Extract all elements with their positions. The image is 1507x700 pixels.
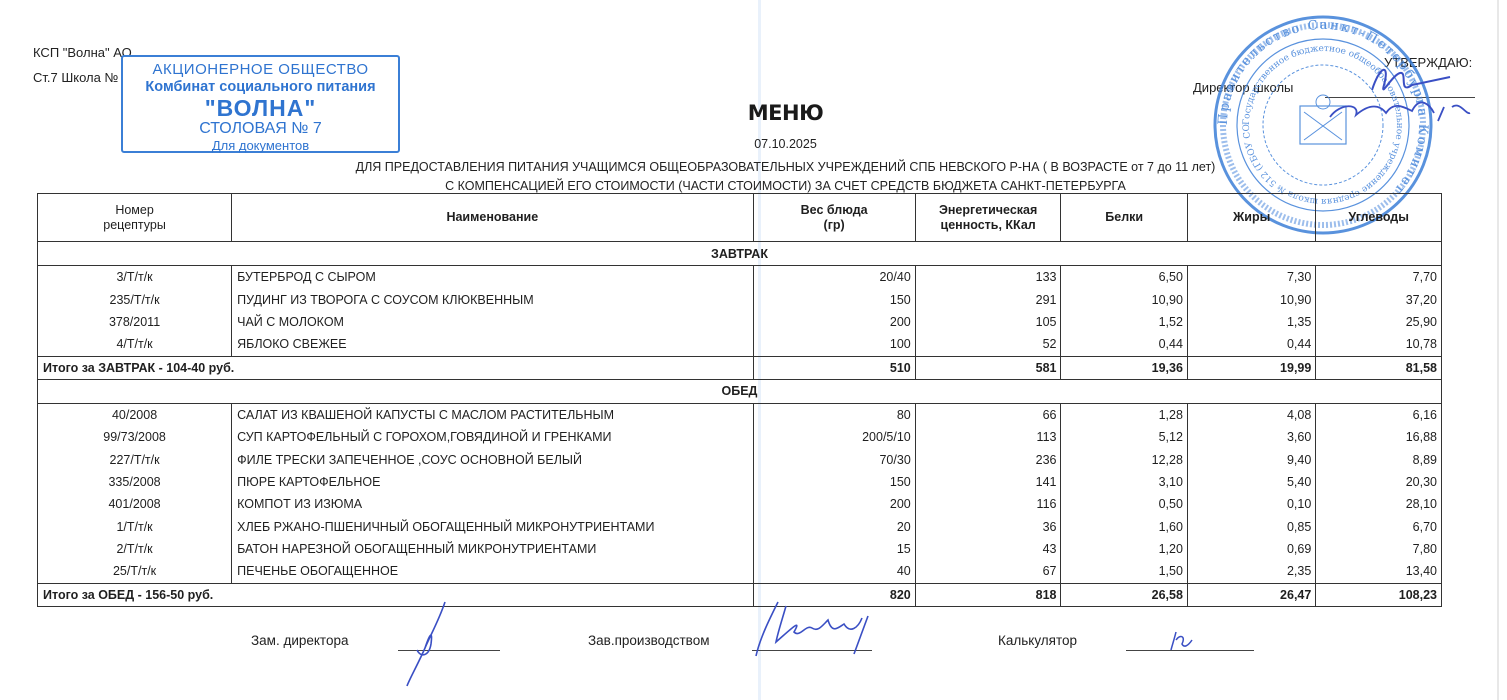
total-fat: 26,47: [1187, 583, 1315, 606]
col-header-weight: Вес блюда(гр): [753, 194, 915, 242]
recipe-code: 4/Т/т/к: [38, 333, 232, 356]
section-row: ЗАВТРАК: [38, 242, 1442, 266]
table-row: 4/Т/т/кЯБЛОКО СВЕЖЕЕ100520,440,4410,78: [38, 333, 1442, 356]
deputy-director-label: Зам. директора: [251, 633, 349, 648]
dish-carbs: 8,89: [1316, 448, 1442, 470]
total-energy: 818: [915, 583, 1061, 606]
recipe-code: 3/Т/т/к: [38, 266, 232, 289]
dish-protein: 0,44: [1061, 333, 1187, 356]
dish-name: ПУДИНГ ИЗ ТВОРОГА С СОУСОМ КЛЮКВЕННЫМ: [232, 288, 753, 310]
total-fat: 19,99: [1187, 356, 1315, 379]
page-title: МЕНЮ: [32, 101, 1507, 125]
dish-energy: 116: [915, 493, 1061, 515]
stamp-line-1: АКЦИОНЕРНОЕ ОБЩЕСТВО: [123, 62, 398, 77]
dish-energy: 291: [915, 288, 1061, 310]
stamp-line-2: Комбинат социального питания: [123, 80, 398, 95]
dish-protein: 1,52: [1061, 311, 1187, 333]
dish-weight: 20: [753, 516, 915, 538]
recipe-code: 2/Т/т/к: [38, 538, 232, 560]
production-signature-icon: [742, 598, 892, 663]
table-row: 235/Т/т/кПУДИНГ ИЗ ТВОРОГА С СОУСОМ КЛЮК…: [38, 288, 1442, 310]
dish-energy: 52: [915, 333, 1061, 356]
dish-fat: 2,35: [1187, 560, 1315, 583]
dish-fat: 1,35: [1187, 311, 1315, 333]
dish-protein: 0,50: [1061, 493, 1187, 515]
dish-carbs: 20,30: [1316, 471, 1442, 493]
dish-energy: 236: [915, 448, 1061, 470]
dish-name: ХЛЕБ РЖАНО-ПШЕНИЧНЫЙ ОБОГАЩЕННЫЙ МИКРОНУ…: [232, 516, 753, 538]
dish-carbs: 28,10: [1316, 493, 1442, 515]
table-row: 25/Т/т/кПЕЧЕНЬЕ ОБОГАЩЕННОЕ40671,502,351…: [38, 560, 1442, 583]
dish-name: ЧАЙ С МОЛОКОМ: [232, 311, 753, 333]
col-header-fat: Жиры: [1187, 194, 1315, 242]
subtitle-line-1: ДЛЯ ПРЕДОСТАВЛЕНИЯ ПИТАНИЯ УЧАЩИМСЯ ОБЩЕ…: [32, 160, 1507, 174]
dish-carbs: 7,70: [1316, 266, 1442, 289]
recipe-code: 1/Т/т/к: [38, 516, 232, 538]
menu-table-body: ЗАВТРАК3/Т/т/кБУТЕРБРОД С СЫРОМ20/401336…: [38, 242, 1442, 607]
dish-protein: 1,60: [1061, 516, 1187, 538]
col-header-protein: Белки: [1061, 194, 1187, 242]
total-row: Итого за ЗАВТРАК - 104-40 руб.51058119,3…: [38, 356, 1442, 379]
calculator-label: Калькулятор: [998, 633, 1077, 648]
table-row: 1/Т/т/кХЛЕБ РЖАНО-ПШЕНИЧНЫЙ ОБОГАЩЕННЫЙ …: [38, 516, 1442, 538]
recipe-code: 378/2011: [38, 311, 232, 333]
dish-carbs: 37,20: [1316, 288, 1442, 310]
dish-name: БУТЕРБРОД С СЫРОМ: [232, 266, 753, 289]
dish-protein: 12,28: [1061, 448, 1187, 470]
dish-energy: 66: [915, 403, 1061, 426]
dish-fat: 10,90: [1187, 288, 1315, 310]
total-carbs: 108,23: [1316, 583, 1442, 606]
dish-weight: 70/30: [753, 448, 915, 470]
table-row: 401/2008КОМПОТ ИЗ ИЗЮМА2001160,500,1028,…: [38, 493, 1442, 515]
total-energy: 581: [915, 356, 1061, 379]
subtitle-line-2: С КОМПЕНСАЦИЕЙ ЕГО СТОИМОСТИ (ЧАСТИ СТОИ…: [32, 179, 1507, 193]
dish-fat: 9,40: [1187, 448, 1315, 470]
dish-name: КОМПОТ ИЗ ИЗЮМА: [232, 493, 753, 515]
section-title: ЗАВТРАК: [38, 242, 1442, 266]
dish-carbs: 25,90: [1316, 311, 1442, 333]
table-row: 378/2011ЧАЙ С МОЛОКОМ2001051,521,3525,90: [38, 311, 1442, 333]
dish-weight: 200/5/10: [753, 426, 915, 448]
recipe-code: 227/Т/т/к: [38, 448, 232, 470]
dish-protein: 1,50: [1061, 560, 1187, 583]
dish-name: САЛАТ ИЗ КВАШЕНОЙ КАПУСТЫ С МАСЛОМ РАСТИ…: [232, 403, 753, 426]
dish-weight: 100: [753, 333, 915, 356]
recipe-code: 401/2008: [38, 493, 232, 515]
dish-fat: 4,08: [1187, 403, 1315, 426]
dish-carbs: 7,80: [1316, 538, 1442, 560]
col-header-energy: Энергетическаяценность, ККал: [915, 194, 1061, 242]
dish-fat: 0,69: [1187, 538, 1315, 560]
dish-energy: 67: [915, 560, 1061, 583]
dish-energy: 141: [915, 471, 1061, 493]
dish-weight: 40: [753, 560, 915, 583]
recipe-code: 235/Т/т/к: [38, 288, 232, 310]
total-carbs: 81,58: [1316, 356, 1442, 379]
total-row: Итого за ОБЕД - 156-50 руб.82081826,5826…: [38, 583, 1442, 606]
total-label: Итого за ЗАВТРАК - 104-40 руб.: [38, 356, 754, 379]
production-head-label: Зав.производством: [588, 633, 710, 648]
dish-weight: 15: [753, 538, 915, 560]
dish-carbs: 6,16: [1316, 403, 1442, 426]
dish-weight: 150: [753, 288, 915, 310]
calculator-signature-icon: [1168, 628, 1198, 654]
table-row: 2/Т/т/кБАТОН НАРЕЗНОЙ ОБОГАЩЕННЫЙ МИКРОН…: [38, 538, 1442, 560]
table-row: 99/73/2008СУП КАРТОФЕЛЬНЫЙ С ГОРОХОМ,ГОВ…: [38, 426, 1442, 448]
dish-carbs: 13,40: [1316, 560, 1442, 583]
table-row: 335/2008ПЮРЕ КАРТОФЕЛЬНОЕ1501413,105,402…: [38, 471, 1442, 493]
dish-energy: 105: [915, 311, 1061, 333]
table-header-row: Номеррецептуры Наименование Вес блюда(гр…: [38, 194, 1442, 242]
dish-energy: 113: [915, 426, 1061, 448]
dish-weight: 20/40: [753, 266, 915, 289]
dish-energy: 36: [915, 516, 1061, 538]
dish-carbs: 10,78: [1316, 333, 1442, 356]
table-row: 227/Т/т/кФИЛЕ ТРЕСКИ ЗАПЕЧЕННОЕ ,СОУС ОС…: [38, 448, 1442, 470]
dish-weight: 200: [753, 311, 915, 333]
total-protein: 19,36: [1061, 356, 1187, 379]
dish-name: ЯБЛОКО СВЕЖЕЕ: [232, 333, 753, 356]
table-row: 3/Т/т/кБУТЕРБРОД С СЫРОМ20/401336,507,30…: [38, 266, 1442, 289]
school-label: Ст.7 Школа №: [33, 70, 118, 85]
dish-fat: 0,10: [1187, 493, 1315, 515]
recipe-code: 40/2008: [38, 403, 232, 426]
dish-weight: 150: [753, 471, 915, 493]
total-protein: 26,58: [1061, 583, 1187, 606]
col-header-carbs: Углеводы: [1316, 194, 1442, 242]
dish-protein: 5,12: [1061, 426, 1187, 448]
dish-weight: 200: [753, 493, 915, 515]
dish-name: ПЕЧЕНЬЕ ОБОГАЩЕННОЕ: [232, 560, 753, 583]
dish-protein: 6,50: [1061, 266, 1187, 289]
table-row: 40/2008САЛАТ ИЗ КВАШЕНОЙ КАПУСТЫ С МАСЛО…: [38, 403, 1442, 426]
dish-energy: 133: [915, 266, 1061, 289]
dish-fat: 0,85: [1187, 516, 1315, 538]
menu-table: Номеррецептуры Наименование Вес блюда(гр…: [37, 193, 1442, 607]
org-name: КСП "Волна" АО: [33, 45, 132, 60]
dish-carbs: 6,70: [1316, 516, 1442, 538]
dish-fat: 0,44: [1187, 333, 1315, 356]
dish-energy: 43: [915, 538, 1061, 560]
menu-date: 07.10.2025: [32, 137, 1507, 151]
dish-name: СУП КАРТОФЕЛЬНЫЙ С ГОРОХОМ,ГОВЯДИНОЙ И Г…: [232, 426, 753, 448]
col-header-name: Наименование: [232, 194, 753, 242]
dish-fat: 5,40: [1187, 471, 1315, 493]
dish-protein: 10,90: [1061, 288, 1187, 310]
section-title: ОБЕД: [38, 379, 1442, 403]
dish-name: ФИЛЕ ТРЕСКИ ЗАПЕЧЕННОЕ ,СОУС ОСНОВНОЙ БЕ…: [232, 448, 753, 470]
dish-name: БАТОН НАРЕЗНОЙ ОБОГАЩЕННЫЙ МИКРОНУТРИЕНТ…: [232, 538, 753, 560]
section-row: ОБЕД: [38, 379, 1442, 403]
col-header-code: Номеррецептуры: [38, 194, 232, 242]
recipe-code: 335/2008: [38, 471, 232, 493]
recipe-code: 99/73/2008: [38, 426, 232, 448]
dish-name: ПЮРЕ КАРТОФЕЛЬНОЕ: [232, 471, 753, 493]
dish-protein: 3,10: [1061, 471, 1187, 493]
dish-fat: 7,30: [1187, 266, 1315, 289]
recipe-code: 25/Т/т/к: [38, 560, 232, 583]
deputy-signature-icon: [395, 600, 455, 690]
dish-protein: 1,28: [1061, 403, 1187, 426]
total-weight: 510: [753, 356, 915, 379]
dish-weight: 80: [753, 403, 915, 426]
dish-carbs: 16,88: [1316, 426, 1442, 448]
dish-protein: 1,20: [1061, 538, 1187, 560]
dish-fat: 3,60: [1187, 426, 1315, 448]
